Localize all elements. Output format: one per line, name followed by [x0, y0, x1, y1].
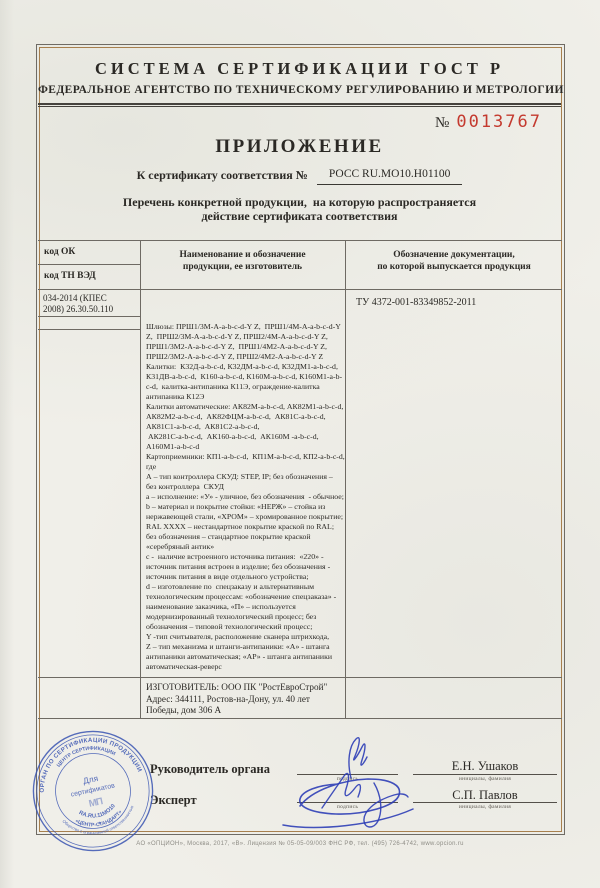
text-line: Z – тип механизма и штанги-антипаники: «…	[146, 642, 342, 652]
text-line: a – исполнение: «У» - уличное, без обозн…	[146, 492, 342, 502]
text-line: Калитки автоматические: АК82М-a-b-c-d, А…	[146, 402, 342, 412]
stamp-mp-monogram: МП	[88, 796, 104, 810]
text-line: Шлюзы: ПРШ1/3М-А-a-b-c-d-Y Z, ПРШ1/4М-А-…	[146, 322, 342, 332]
form-serial: № 0013767	[435, 112, 542, 132]
text-line: Адрес: 344111, Ростов-на-Дону, ул. 40 ле…	[146, 694, 342, 706]
text-line: источник питания в виде отдельного устро…	[146, 572, 342, 582]
serial-number-value: 0013767	[456, 112, 542, 132]
text-line: АК82М2-a-b-c-d, АК82ФЦМ-a-b-c-d, АК81С-a…	[146, 412, 342, 422]
text-line: АК281С-a-b-c-d, АК160-a-b-c-d, АК160М -a…	[146, 432, 342, 442]
text-line: без контроллера СКУД	[146, 482, 342, 492]
table-column-line-1	[140, 240, 141, 718]
text-line: ИЗГОТОВИТЕЛЬ: ООО ПК "РостЕвроСтрой"	[146, 682, 342, 694]
table-top-border	[38, 240, 562, 241]
text-line: К31ДВ-a-b-c-d, К160-a-b-c-d, К160М-a-b-c…	[146, 372, 342, 382]
subtitle-line-2: действие сертификата соответствия	[38, 209, 561, 223]
text-line: источник питания встроен в изделие; без …	[146, 562, 342, 572]
col2-header: Наименование и обозначение продукции, ее…	[141, 249, 344, 273]
text-line: без обозначения – стандартное покрытие к…	[146, 532, 342, 542]
text-line: автоматическая-реверс	[146, 662, 342, 672]
col3-header: Обозначение документации, по которой вып…	[346, 249, 562, 273]
text-line: А – тип контроллера СКУД: STEP, IP; без …	[146, 472, 342, 482]
text-line: «серебряный антик»	[146, 542, 342, 552]
col1-header-divider	[38, 264, 140, 265]
text-line: b – материал и покрытие стойки: «НЕРЖ» –…	[146, 502, 342, 512]
manufacturer-block: ИЗГОТОВИТЕЛЬ: ООО ПК "РостЕвроСтрой"Адре…	[146, 682, 342, 717]
agency-name: ФЕДЕРАЛЬНОЕ АГЕНТСТВО ПО ТЕХНИЧЕСКОМУ РЕ…	[38, 84, 561, 96]
text-line: наименование заказчика, «П» – использует…	[146, 602, 342, 612]
table-column-line-2	[345, 240, 346, 718]
name-line-1	[413, 774, 557, 775]
stamp-center-line-1: Для	[82, 773, 99, 786]
col1-row-divider-1	[38, 316, 140, 317]
ok-code-line-2: 2008) 26.30.50.110	[43, 304, 113, 315]
signer-name-expert: С.П. Павлов	[413, 788, 557, 803]
ok-code-value: 034-2014 (КПЕС 2008) 26.30.50.110	[43, 293, 113, 315]
serial-number-sign: №	[435, 115, 449, 132]
name-line-2	[413, 802, 557, 803]
text-line: где	[146, 462, 342, 472]
table-header-bottom-border	[38, 289, 562, 290]
print-shop-footer: АО «ОПЦИОН», Москва, 2017, «В». Лицензия…	[0, 841, 600, 847]
text-line: Калитки: К32Д-a-b-c-d, К32ДМ-a-b-c-d, К3…	[146, 362, 342, 372]
name-caption-2: инициалы, фамилия	[413, 804, 557, 810]
col3-header-line-1: Обозначение документации,	[346, 249, 562, 261]
text-line: нержавеющей стали, «ХРОМ» – хромированно…	[146, 512, 342, 522]
text-line: ПРШ1/3М2-А-a-b-c-d-Y Z, ПРШ1/4М2-А-a-b-c…	[146, 342, 342, 352]
signer-name-head: Е.Н. Ушаков	[413, 759, 557, 774]
col1-row-divider-2	[38, 329, 140, 330]
col3-header-line-2: по которой выпускается продукция	[346, 261, 562, 273]
table-bottom-border	[38, 718, 562, 719]
tu-document-value: ТУ 4372-001-83349852-2011	[356, 297, 476, 308]
text-line: Картоприемники: КП1-a-b-c-d, КП1М-a-b-c-…	[146, 452, 342, 462]
text-line: обозначения – типовой технологический пр…	[146, 622, 342, 632]
subtitle-line-1: Перечень конкретной продукции, на котору…	[38, 195, 561, 209]
document-title: ПРИЛОЖЕНИЕ	[38, 136, 561, 158]
name-caption-1: инициалы, фамилия	[413, 776, 557, 782]
col2-header-line-2: продукции, ее изготовитель	[141, 261, 344, 273]
col1-header-ok-code: код ОК	[44, 246, 75, 258]
text-line: А160М1-a-b-c-d	[146, 442, 342, 452]
text-line: c - наличие встроенного источника питани…	[146, 552, 342, 562]
text-line: RAL XXXX – нестандартное покрытие краско…	[146, 522, 342, 532]
ok-code-line-1: 034-2014 (КПЕС	[43, 293, 113, 304]
text-line: Y -тип считывателя, расположение сканера…	[146, 632, 342, 642]
header-double-rule	[38, 103, 561, 107]
certificate-number: РОСС RU.MO10.H01100	[317, 168, 463, 185]
text-line: модернизированный технологический процес…	[146, 612, 342, 622]
document-subtitle: Перечень конкретной продукции, на котору…	[38, 195, 561, 223]
text-line: Z, ПРШ2/3М-А-a-b-c-d-Y Z, ПРШ2/4М-А-a-b-…	[146, 332, 342, 342]
col1-header-tnved-code: код ТН ВЭД	[44, 270, 96, 282]
text-line: d – изготовление по спецзаказу и альтерн…	[146, 582, 342, 592]
text-line: Победы, дом 306 А	[146, 705, 342, 717]
certificate-reference-row: К сертификату соответствия № РОСС RU.MO1…	[38, 166, 561, 183]
col2-header-line-1: Наименование и обозначение	[141, 249, 344, 261]
text-line: АК81С1-a-b-c-d, АК81С2-a-b-c-d,	[146, 422, 342, 432]
text-line: технологическим процессам: «обозначение …	[146, 592, 342, 602]
text-line: антипаники автоматическая; «АР» - штанга…	[146, 652, 342, 662]
certification-system-title: СИСТЕМА СЕРТИФИКАЦИИ ГОСТ Р	[38, 59, 561, 79]
signer-role-head: Руководитель органа	[150, 762, 270, 777]
text-line: ПРШ2/3М2-А-a-b-c-d-Y Z, ПРШ2/4М2-А-a-b-c…	[146, 352, 342, 362]
text-line: c-d, калитка-антипаника К11Э, ограждение…	[146, 382, 342, 392]
handwritten-signature	[260, 728, 430, 840]
stamp-center-line-2: сертификатов	[70, 782, 116, 798]
text-line: антипаника К12Э	[146, 392, 342, 402]
certificate-reference-label: К сертификату соответствия №	[137, 168, 308, 183]
product-description: Шлюзы: ПРШ1/3М-А-a-b-c-d-Y Z, ПРШ1/4М-А-…	[146, 322, 342, 672]
manufacturer-row-divider	[38, 677, 562, 678]
